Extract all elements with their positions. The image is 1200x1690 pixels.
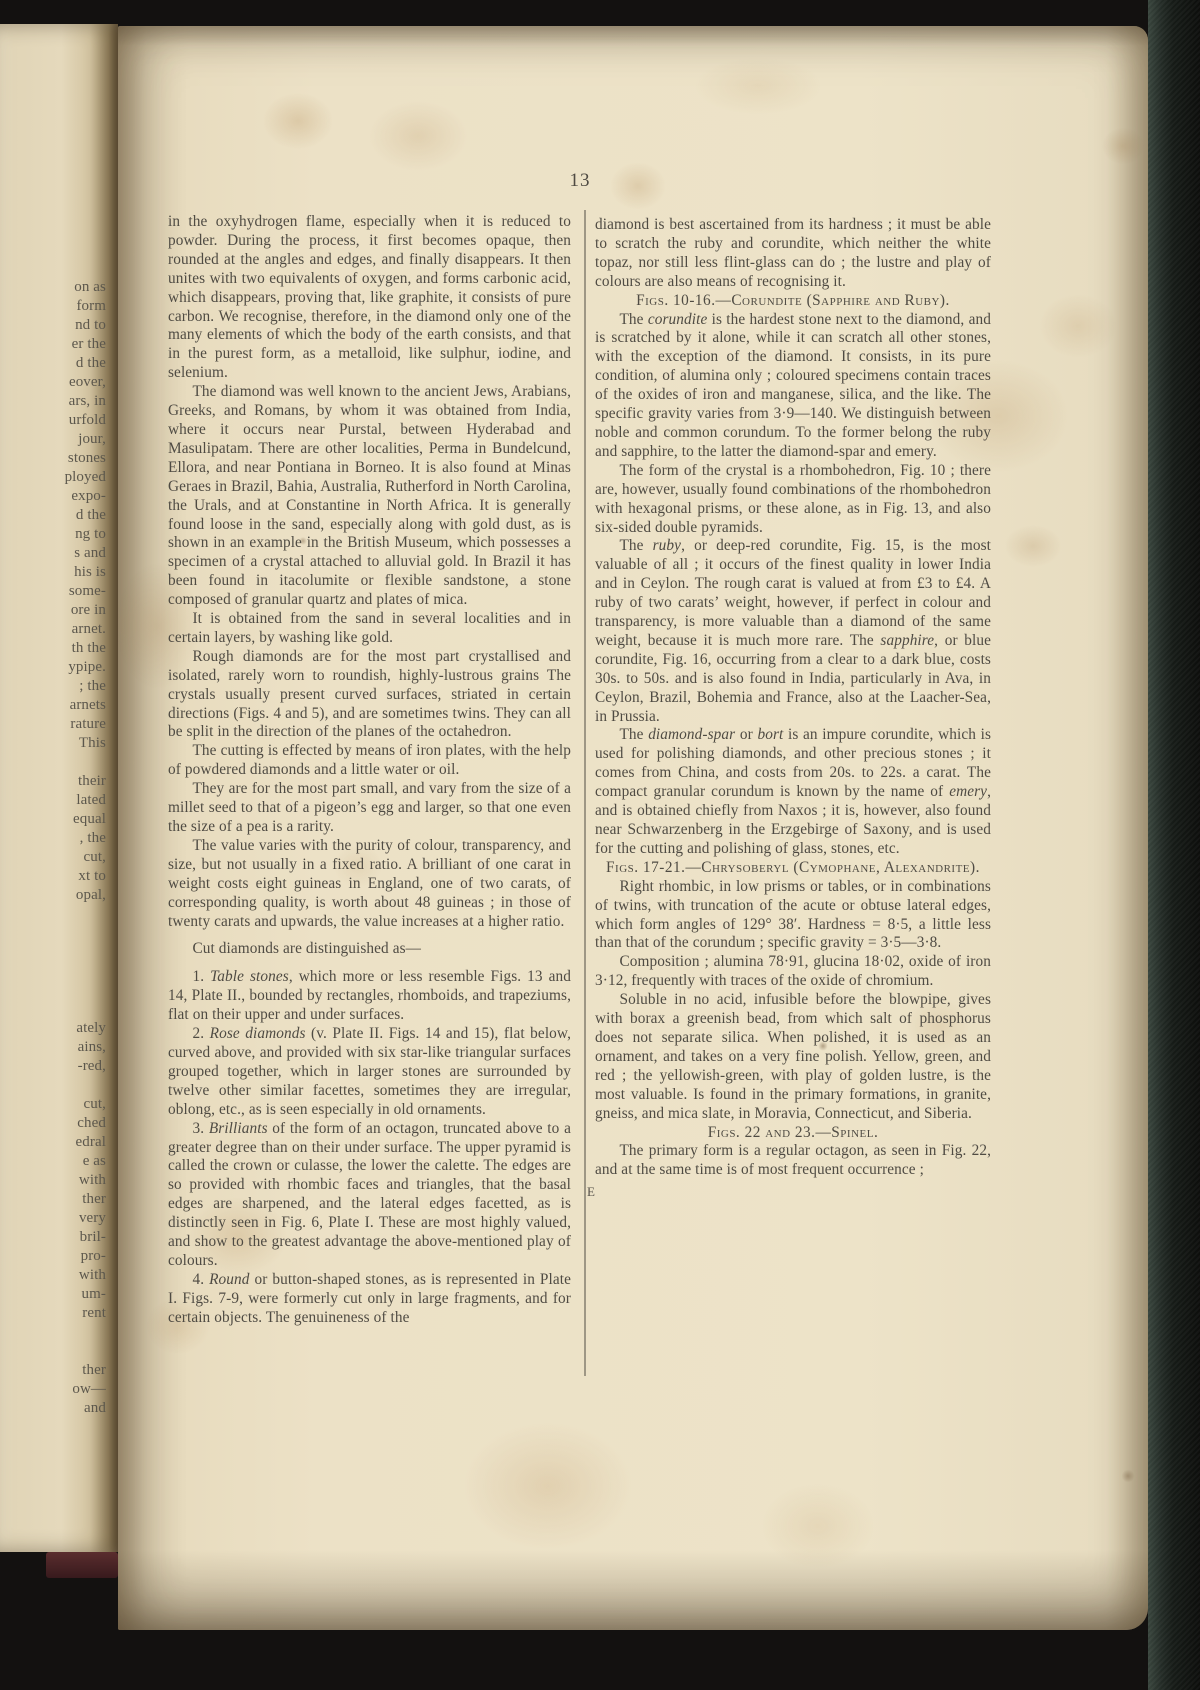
previous-page-text-fragments: on as form nd to er the d the eover, ars… (0, 278, 106, 1418)
book-photograph: on as form nd to er the d the eover, ars… (0, 0, 1200, 1690)
paragraph: The ruby, or deep-red corundite, Fig. 15… (595, 537, 991, 726)
previous-page-edge: on as form nd to er the d the eover, ars… (0, 24, 118, 1552)
paragraph: The diamond was well known to the ancien… (168, 383, 571, 610)
paragraph: Composition ; alumina 78·91, glucina 18·… (595, 953, 991, 991)
paragraph: The form of the crystal is a rhombohedro… (595, 462, 991, 538)
paragraph: It is obtained from the sand in several … (168, 610, 571, 648)
section-heading: Figs. 22 and 23.—Spinel. (595, 1124, 991, 1143)
column-divider-rule (584, 210, 586, 1376)
section-heading: Figs. 10-16.—Corundite (Sapphire and Rub… (595, 292, 991, 311)
paragraph: in the oxyhydrogen flame, especially whe… (168, 213, 571, 383)
paragraph: The corundite is the hardest stone next … (595, 311, 991, 462)
paragraph: Soluble in no acid, infusible before the… (595, 991, 991, 1123)
printer-signature: E (587, 1183, 991, 1202)
paragraph: The cutting is effected by means of iron… (168, 742, 571, 780)
list-item-paragraph: 4. Round or button-shaped stones, as is … (168, 1271, 571, 1328)
section-heading: Figs. 17-21.—Chrysoberyl (Cymophane, Ale… (595, 859, 991, 878)
paragraph: The diamond-spar or bort is an impure co… (595, 726, 991, 858)
right-column: diamond is best ascertained from its har… (595, 216, 991, 1202)
list-intro-line: Cut diamonds are distinguished as— (168, 940, 571, 959)
paragraph: The value varies with the purity of colo… (168, 837, 571, 932)
paragraph: diamond is best ascertained from its har… (595, 216, 991, 292)
list-item-paragraph: 2. Rose diamonds (v. Plate II. Figs. 14 … (168, 1025, 571, 1120)
paragraph: The primary form is a regular octagon, a… (595, 1142, 991, 1180)
page-number: 13 (544, 170, 616, 192)
list-item-paragraph: 1. Table stones, which more or less rese… (168, 968, 571, 1025)
list-item-paragraph: 3. Brilliants of the form of an octagon,… (168, 1120, 571, 1271)
binding-edge (46, 1552, 118, 1578)
paragraph: Rough diamonds are for the most part cry… (168, 648, 571, 743)
book-cover-edge (1148, 0, 1200, 1690)
paragraph: Right rhombic, in low prisms or tables, … (595, 878, 991, 954)
left-column: in the oxyhydrogen flame, especially whe… (168, 213, 571, 1328)
book-page: 13 in the oxyhydrogen flame, especially … (118, 26, 1148, 1630)
paragraph: They are for the most part small, and va… (168, 780, 571, 837)
